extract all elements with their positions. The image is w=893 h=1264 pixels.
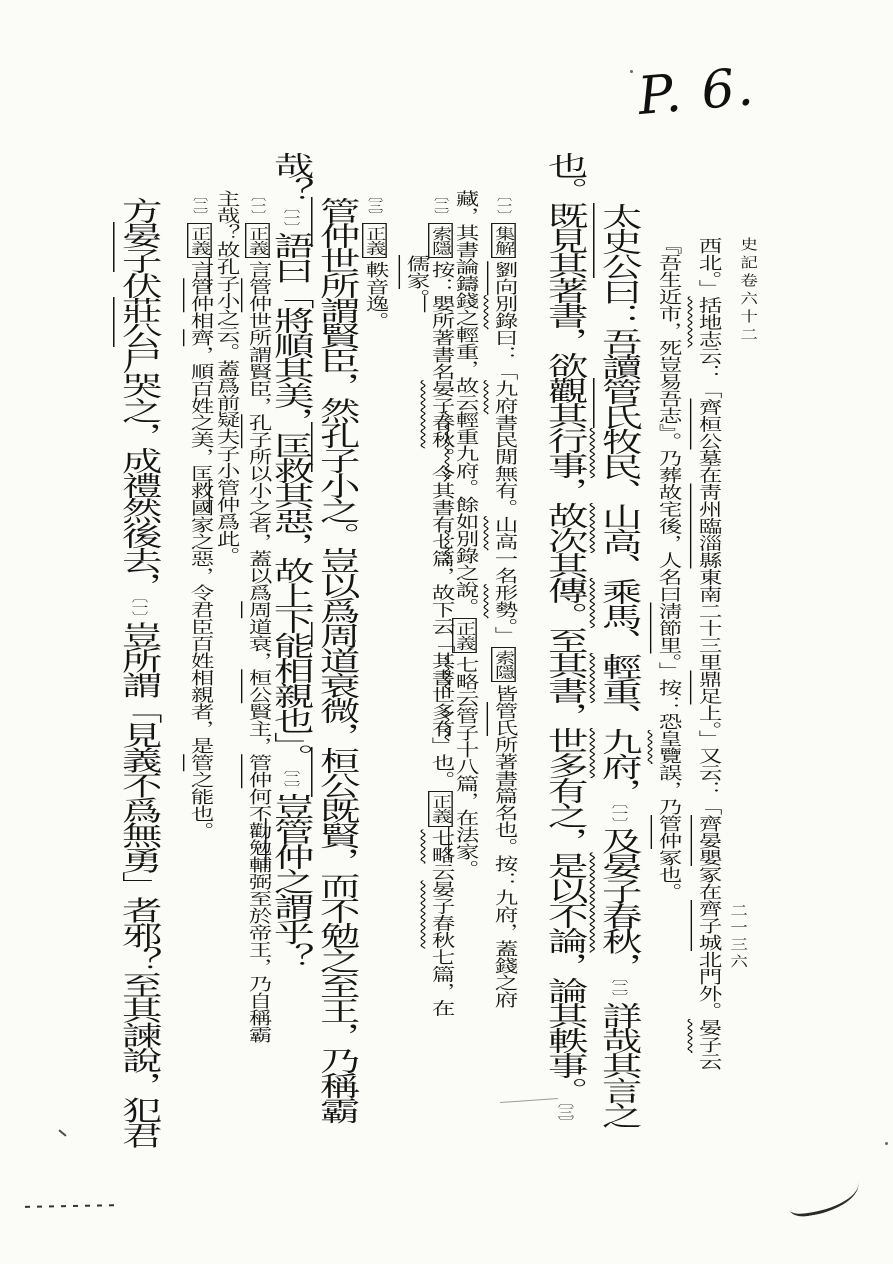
book-title-mark: 七略: [452, 656, 478, 690]
note-number-marker: 〔二〕: [282, 769, 300, 794]
text-run: 墓在: [695, 450, 721, 484]
commentary-source-badge: 集解: [491, 223, 516, 258]
text-run: 世所謂賢臣，: [245, 312, 271, 414]
book-title-mark: 輕重: [596, 653, 641, 703]
main-text-column-yanzi-1: 方晏子伏莊公尸哭之，成禮然後去，〔一〕豈所謂「見義不爲無勇」者邪？至其諫說，犯君: [117, 197, 160, 1147]
text-run: 、: [596, 628, 641, 653]
commentary-source-badge: 正義: [187, 223, 212, 258]
proper-noun-mark: 孔子: [314, 422, 359, 472]
main-text-column-guanzhong-2: 哉？〔一〕語曰「將順其美，匡救其惡，故上下能相親也」。〔二〕豈管仲之謂乎？: [269, 152, 312, 968]
book-title-mark: 山高: [491, 516, 517, 550]
note-number-marker: 〔二〕: [432, 190, 449, 220]
book-title-mark: 晏子春秋: [428, 881, 454, 949]
scanned-book-page: P. 6. 史記卷六十二 二一三六 西北。」括地志云：「齊桓公墓在靑州臨淄縣東南…: [0, 0, 893, 1264]
text-run: 皆: [491, 685, 517, 702]
text-run: 。: [403, 289, 429, 306]
book-title-mark: 形勢: [491, 584, 517, 618]
proper-noun-mark: 孔子: [213, 258, 239, 292]
text-run: 道衰，: [245, 618, 271, 669]
note-number-marker: 〔一〕: [282, 202, 300, 232]
proper-noun-mark: 管仲: [245, 754, 271, 788]
text-run: 何不勸勉輔弼至於帝王，乃自稱霸: [245, 788, 271, 1043]
main-text-column-guanzhong-1: 管仲世所謂賢臣，然孔子小之。豈以爲周道衰微，桓公既賢，而不勉之至王，乃稱霸: [315, 197, 358, 1122]
proper-noun-mark: 孔子: [245, 414, 271, 448]
text-run: 冢在: [695, 866, 721, 900]
commentary-source-badge: 索隱: [428, 223, 453, 258]
book-title-mark: 山高: [596, 503, 641, 553]
scan-speck: [885, 1142, 888, 1145]
proper-noun-mark: 管仲: [655, 815, 681, 849]
text-run: 云：「: [695, 348, 721, 399]
text-run: 按：: [428, 261, 454, 295]
text-run: 既賢，而不勉之至王，乃稱霸: [314, 797, 359, 1122]
text-run: 世所謂賢臣，然: [314, 247, 359, 422]
commentary-source-badge: 正義: [452, 618, 477, 653]
text-run: ，: [596, 953, 641, 978]
proper-noun-mark: 淸節里: [655, 603, 681, 654]
commentary-column-carryover-right: 西北。」括地志云：「齊桓公墓在靑州臨淄縣東南二十三里鼎足上。」又云：「齊晏嬰冢在…: [695, 237, 720, 1070]
text-run: 哉？: [268, 152, 313, 202]
scan-speck: [630, 70, 633, 73]
text-run: 及: [596, 828, 641, 853]
book-title-mark: 牧民: [596, 428, 641, 478]
text-run: 之說。: [452, 564, 478, 615]
proper-noun-mark: 法家: [452, 826, 478, 860]
text-run: 言: [245, 261, 271, 278]
text-run: 豈所謂「見義不爲無勇」者邪？至其諫說，犯君: [116, 622, 161, 1147]
text-run: 豈: [268, 793, 313, 818]
text-run: 云: [428, 864, 454, 881]
text-run: 。今其書有七篇，故下云「其書世多有」也。: [428, 448, 454, 788]
proper-noun-mark: 晏子: [116, 222, 161, 272]
note-number-marker: 〔一〕: [130, 597, 148, 622]
text-run: 冢也。: [655, 849, 681, 900]
text-run: 之能也。: [187, 771, 213, 839]
text-run: 言: [187, 261, 213, 278]
proper-noun-mark: 嬰: [428, 295, 454, 312]
book-title-mark: 括地志: [695, 297, 721, 348]
proper-noun-mark: 桓公: [314, 747, 359, 797]
text-run: 。」: [491, 618, 517, 644]
text-run: 小之。豈以爲: [314, 472, 359, 622]
proper-noun-mark: 鼎足: [695, 671, 721, 705]
text-run: 爲此。: [213, 513, 239, 564]
note-number-marker: 〔一〕: [249, 190, 266, 220]
text-run: 十八篇，在: [452, 741, 478, 826]
text-run: 一名: [491, 550, 517, 584]
scan-tick-mark: [58, 1129, 66, 1136]
text-run: 、: [596, 478, 641, 503]
book-title-mark: 七略: [428, 830, 454, 864]
note-number-marker: 〔三〕: [556, 1102, 574, 1127]
text-run: 上。」又云：「: [695, 705, 721, 816]
proper-noun-mark: 儒家: [403, 255, 429, 289]
proper-noun-mark: 齊: [187, 329, 213, 346]
text-run: 所著書篇名也。按：九府，蓋錢之府: [491, 736, 517, 1008]
text-run: 。: [452, 860, 478, 877]
text-run: 曰：吾讀: [596, 278, 641, 378]
text-run: 道衰微，: [314, 647, 359, 747]
book-title-mark: 晏子春秋: [428, 380, 454, 448]
text-run: 。餘如: [452, 479, 478, 530]
book-title-mark: 乘馬: [596, 578, 641, 628]
proper-noun-mark: 管仲: [213, 479, 239, 513]
text-run: 所著書名: [428, 312, 454, 380]
proper-noun-mark: 齊桓公: [695, 399, 721, 450]
commentary-column-note1-left: 藏，其書論鑄錢之輕重，故云輕重九府。餘如別錄之說。正義七略云管子十八篇，在法家。: [452, 190, 477, 877]
text-run: ，: [596, 778, 641, 803]
text-run: 云: [452, 690, 478, 707]
proper-noun-mark: 太史公: [596, 203, 641, 278]
note-number-marker: 〔一〕: [495, 190, 512, 220]
commentary-column-note3: 〔三〕正義軼音逸。: [362, 190, 387, 329]
text-run: 『吾生近市，死豈易吾志』。乃葬故宅後，人名曰: [655, 237, 681, 603]
note-number-marker: 〔三〕: [366, 190, 383, 220]
proper-noun-mark: 周: [314, 622, 359, 647]
proper-noun-mark: 周: [245, 601, 271, 618]
proper-noun-mark: 齊子城: [695, 900, 721, 951]
proper-noun-mark: 桓公: [245, 669, 271, 703]
book-title-mark: 九府: [491, 380, 517, 414]
book-title-mark: 別錄: [452, 530, 478, 564]
text-run: 藏，其書論鑄錢之輕重，故云: [452, 190, 478, 411]
text-run: 軼音逸。: [362, 261, 388, 329]
commentary-column-carryover-left: 『吾生近市，死豈易吾志』。乃葬故宅後，人名曰淸節里。」按：恐皇覽誤，乃管仲冢也。: [655, 237, 680, 900]
scan-dashed-mark: [25, 1204, 120, 1208]
commentary-column-note2-right: 〔二〕索隱按：嬰所著書名晏子春秋。今其書有七篇，故下云「其書世多有」也。正義七略…: [428, 190, 453, 1017]
note-number-marker: 〔一〕: [610, 803, 628, 828]
proper-noun-mark: 莊公: [116, 297, 161, 347]
book-title-mark: 九府: [596, 728, 641, 778]
text-run: 、: [596, 703, 641, 728]
proper-noun-mark: 靑州臨淄縣: [695, 484, 721, 569]
scan-speck: [354, 640, 356, 642]
text-run: 詳哉其言之: [596, 1002, 641, 1127]
book-title-mark: 管子: [452, 707, 478, 741]
text-run: 小之云。蓋爲前疑夫子小: [213, 292, 239, 479]
text-run: 書民閒無有。: [491, 414, 517, 516]
commentary-column-note4-left: 主哉？故孔子小之云。蓋爲前疑夫子小管仲爲此。: [213, 190, 238, 564]
commentary-source-badge: 索隱: [491, 647, 516, 682]
text-run: 西北。」: [695, 237, 721, 297]
text-run: 語曰「將順其美，匡救其惡，故上下能相親也」。: [268, 232, 313, 769]
book-title-mark: 別錄: [491, 295, 517, 329]
text-run: 賢主，: [245, 703, 271, 754]
text-run: 誤，乃: [655, 764, 681, 815]
handwritten-page-note: P. 6.: [636, 57, 758, 127]
proper-noun-mark: 管仲: [268, 818, 313, 868]
commentary-source-badge: 正義: [428, 791, 453, 826]
proper-noun-mark: 管仲: [314, 197, 359, 247]
note-number-marker: 〔二〕: [191, 190, 208, 220]
book-title-mark: 晏子春秋: [596, 853, 641, 953]
text-run: 方: [116, 197, 161, 222]
book-title-mark: 晏子: [695, 1019, 721, 1053]
text-run: 伏: [116, 272, 161, 297]
proper-noun-mark: 管仲: [187, 278, 213, 312]
commentary-column-note4-right: 〔一〕正義言管仲世所謂賢臣，孔子所以小之者，蓋以爲周道衰，桓公賢主，管仲何不勸勉…: [245, 190, 270, 1043]
proper-noun-mark: 齊晏嬰: [695, 815, 721, 866]
main-text-column-taishigong-1: 太史公曰：吾讀管氏牧民、山高、乘馬、輕重、九府，〔一〕及晏子春秋，〔二〕詳哉其言…: [597, 203, 640, 1127]
commentary-column-note1-right: 〔一〕集解劉向別錄曰：「九府書民閒無有。山高一名形勢。」索隱皆管氏所著書篇名也。…: [491, 190, 516, 1008]
text-run: 北門外。: [695, 951, 721, 1019]
header-volume-title: 史記卷六十二: [737, 237, 755, 345]
commentary-column-note2-left: 儒家。: [403, 255, 428, 306]
scan-pen-stroke: [786, 1172, 863, 1219]
note-number-marker: 〔二〕: [610, 978, 628, 1003]
text-run: 七篇，在: [428, 949, 454, 1017]
text-run: 、: [596, 553, 641, 578]
main-text-column-taishigong-2: 也。既見其著書，欲觀其行事，故次其傳。至其書，世多有之，是以不論，論其軼事。〔三…: [543, 152, 586, 1127]
page-number: 二一三六: [727, 903, 745, 971]
commentary-source-badge: 正義: [362, 223, 387, 258]
text-run: 相: [187, 312, 213, 329]
proper-noun-mark: 管仲: [245, 278, 271, 312]
text-run: 之謂乎？: [268, 868, 313, 968]
text-run: 尸哭之，成禮然後去，: [116, 347, 161, 597]
book-title-mark: 輕重九府: [452, 411, 478, 479]
text-run: 云: [695, 1053, 721, 1070]
text-run: 東南二十三里: [695, 569, 721, 671]
text-run: 。」按：恐: [655, 654, 681, 731]
proper-noun-mark: 劉向: [491, 261, 517, 295]
text-run: ，順百姓之美，匡救國家之惡，令君臣百姓相親者，是: [187, 346, 213, 754]
book-title-mark: 皇覽: [655, 730, 681, 764]
proper-noun-mark: 管: [187, 754, 213, 771]
proper-noun-mark: 管氏: [491, 702, 517, 736]
proper-noun-mark: 管氏: [596, 378, 641, 428]
commentary-source-badge: 正義: [245, 223, 270, 258]
commentary-column-note5: 〔二〕正義言管仲相齊，順百姓之美，匡救國家之惡，令君臣百姓相親者，是管之能也。: [187, 190, 212, 839]
text-run: 也。既見其著書，欲觀其行事，故次其傳。至其書，世多有之，是以不論，論其軼事。: [542, 152, 587, 1102]
text-run: 所以小之者，蓋以爲: [245, 448, 271, 601]
text-run: 主哉？故: [213, 190, 239, 258]
text-run: 曰：「: [491, 329, 517, 380]
